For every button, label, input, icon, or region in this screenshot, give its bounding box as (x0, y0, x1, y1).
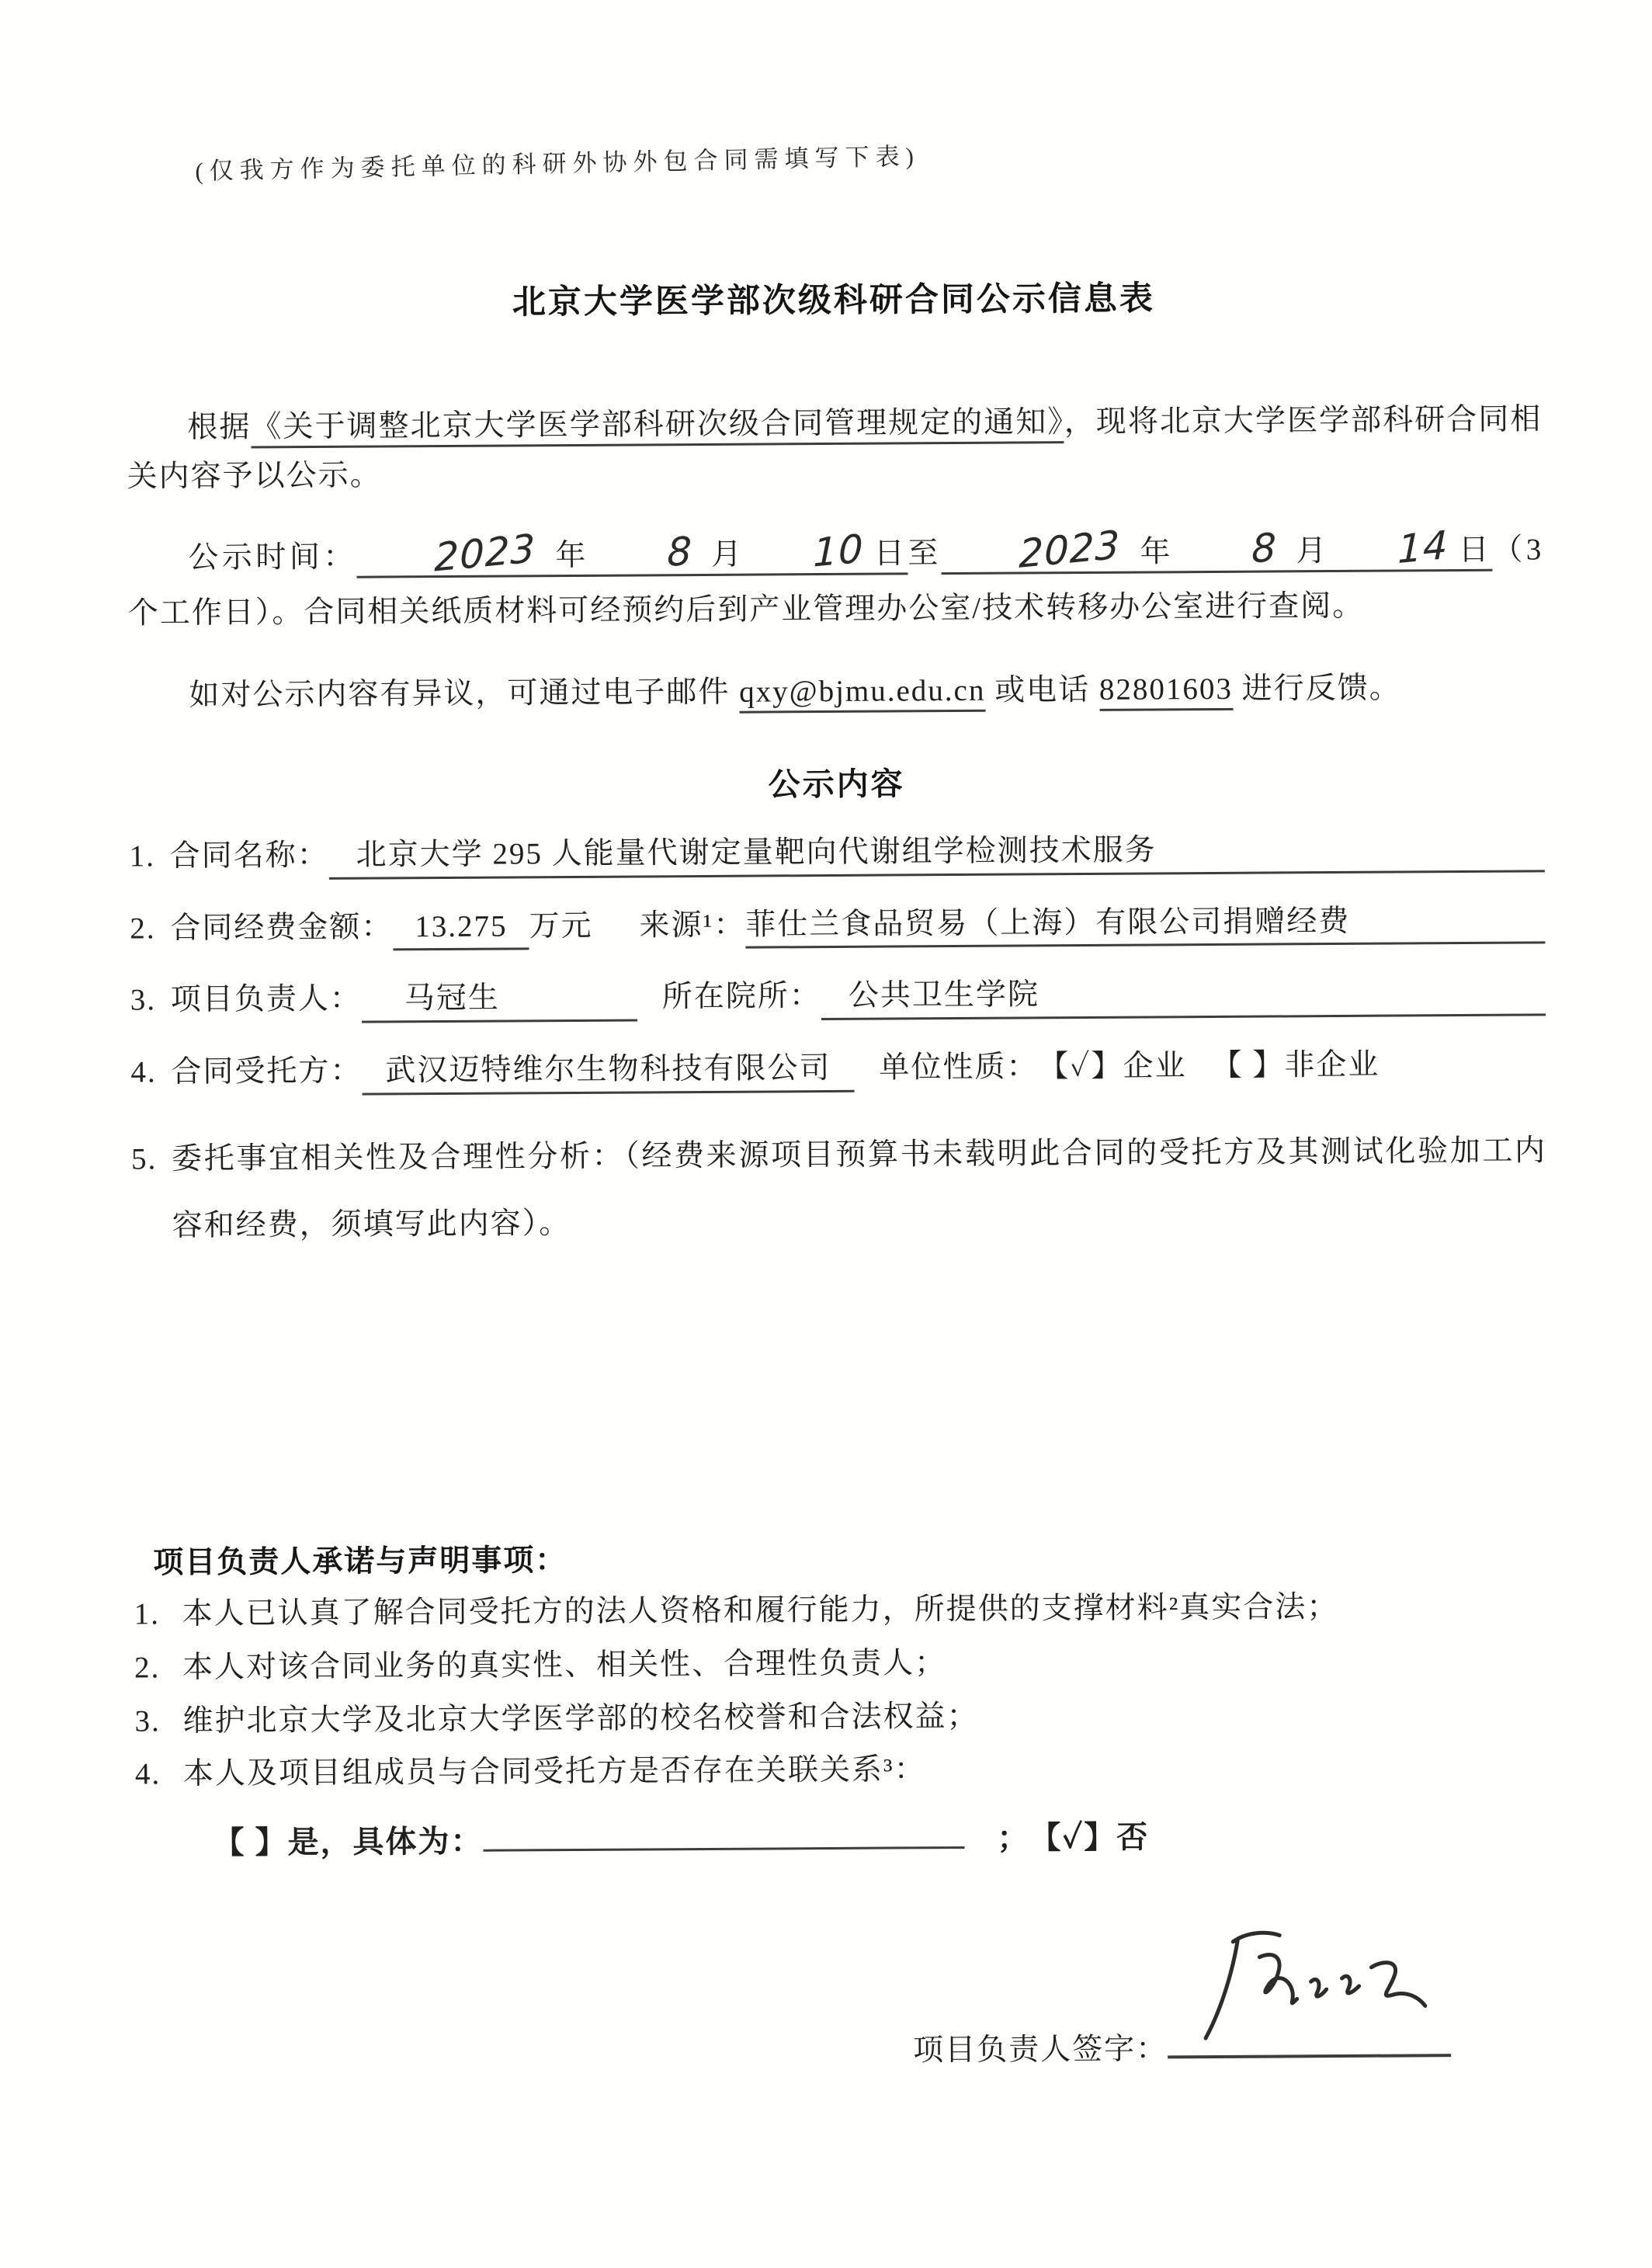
handwritten-signature-scribble (1188, 1920, 1445, 2054)
signature-line (1168, 2016, 1451, 2058)
document-content: (仅我方作为委托单位的科研外协外包合同需填写下表) 北京大学医学部次级科研合同公… (0, 0, 1652, 2075)
enterprise-checkbox-checked: 【✓】 (1038, 1048, 1123, 1086)
contract-name-value: 北京大学 295 人能量代谢定量靶向代谢组学检测技术服务 (329, 829, 1545, 879)
item-number: 1. (130, 838, 170, 876)
contractor-value: 武汉迈特维尔生物科技有限公司 (362, 1050, 854, 1096)
declaration-text: 维护北京大学及北京大学医学部的校名校誉和合法权益； (182, 1697, 978, 1742)
item-number: 1. (134, 1595, 182, 1636)
contractor-label: 合同受托方： (171, 1053, 362, 1092)
content-list: 1. 合同名称： 北京大学 295 人能量代谢定量靶向代谢组学检测技术服务 2.… (130, 829, 1547, 1259)
funding-source-value: 菲仕兰食品贸易（上海）有限公司捐赠经费 (745, 901, 1545, 949)
intro-lead: 根据 (187, 411, 251, 445)
feedback-before: 如对公示内容有异议，可通过电子邮件 (189, 675, 739, 711)
contract-name-label: 合同名称： (170, 837, 329, 876)
department-value: 公共卫生学院 (821, 974, 1546, 1020)
handwritten-end-year: 2023 (942, 524, 1138, 582)
declaration-item-1: 1. 本人已认真了解合同受托方的法人资格和履行能力，所提供的支撑材料²真实合法； (134, 1586, 1550, 1636)
handwritten-end-month: 8 (1174, 526, 1294, 577)
relation-detail-blank-field (483, 1811, 964, 1852)
handwritten-start-year: 2023 (357, 527, 554, 585)
content-item-contract-name: 1. 合同名称： 北京大学 295 人能量代谢定量靶向代谢组学检测技术服务 (130, 829, 1545, 880)
item-number: 2. (134, 1648, 182, 1689)
content-item-pi: 3. 项目负责人： 马冠生 所在院所： 公共卫生学院 (130, 974, 1546, 1025)
non-enterprise-label: 非企业 (1284, 1047, 1380, 1085)
year-unit: 年 (554, 539, 589, 572)
month-unit: 月 (710, 538, 745, 571)
pi-name-value: 马冠生 (362, 979, 637, 1023)
declaration-text: 本人已认真了解合同受托方的法人资格和履行能力，所提供的支撑材料²真实合法； (182, 1587, 1339, 1635)
item-number: 4. (130, 1054, 171, 1092)
period-label: 公示时间： (188, 540, 357, 575)
period-to: 至 (908, 537, 942, 570)
non-enterprise-checkbox-empty: 【 】 (1211, 1047, 1284, 1085)
feedback-phone: 82801603 (1099, 672, 1233, 711)
intro-paragraph: 根据《关于调整北京大学医学部科研次级合同管理规定的通知》，现将北京大学医学部科研… (127, 394, 1543, 501)
feedback-after: 进行反馈。 (1233, 671, 1401, 705)
pi-label: 项目负责人： (171, 981, 362, 1019)
content-section-heading: 公示内容 (129, 754, 1544, 808)
feedback-paragraph: 如对公示内容有异议，可通过电子邮件 qxy@bjmu.edu.cn 或电话 82… (128, 662, 1543, 720)
analysis-label: 委托事宜相关性及合理性分析： (172, 1140, 624, 1176)
relation-separator: ； (997, 1813, 1029, 1857)
item-number: 3. (134, 1701, 182, 1742)
notice-title-underlined: 《关于调整北京大学医学部科研次级合同管理规定的通知》 (251, 405, 1064, 448)
no-label: 否 (1116, 1813, 1149, 1857)
declaration-text: 本人及项目组成员与合同受托方是否存在关联关系³： (183, 1750, 926, 1795)
funding-source-label: 来源¹： (639, 906, 745, 945)
declaration-item-3: 3. 维护北京大学及北京大学医学部的校名校誉和合法权益； (134, 1693, 1550, 1742)
day-unit: 日 (1456, 533, 1492, 567)
feedback-between: 或电话 (985, 673, 1099, 707)
yes-label: 是，具体为： (287, 1817, 483, 1863)
declaration-text: 本人对该合同业务的真实性、相关性、合理性负责人； (182, 1643, 946, 1689)
contract-amount-label: 合同经费金额： (170, 908, 393, 948)
day-unit: 日 (872, 537, 908, 571)
month-unit: 月 (1294, 534, 1330, 568)
declaration-item-4: 4. 本人及项目组成员与合同受托方是否存在关联关系³： (135, 1746, 1550, 1796)
no-checkbox-checked: 【✓】 (1029, 1813, 1116, 1858)
period-start-field: 2023年8月10日 (357, 537, 908, 578)
declaration-item-2: 2. 本人对该合同业务的真实性、相关性、合理性负责人； (134, 1639, 1550, 1689)
top-note: (仅我方作为委托单位的科研外协外包合同需填写下表) (195, 123, 1541, 186)
document-title: 北京大学医学部次级科研合同公示信息表 (126, 269, 1541, 325)
item-number: 5. (131, 1141, 172, 1179)
item-number: 2. (130, 910, 170, 948)
content-item-analysis: 5. 委托事宜相关性及合理性分析：（经费来源项目预算书未载明此合同的受托方及其测… (131, 1117, 1547, 1259)
item-number: 4. (135, 1755, 183, 1796)
period-end-field: 2023年8月14日 (942, 533, 1493, 575)
content-item-contract-amount: 2. 合同经费金额： 13.275 万元 来源¹： 菲仕兰食品贸易（上海）有限公… (130, 901, 1545, 953)
handwritten-end-day: 14 (1330, 525, 1456, 576)
scanned-document-page: (仅我方作为委托单位的科研外协外包合同需填写下表) 北京大学医学部次级科研合同公… (0, 0, 1652, 2268)
handwritten-start-month: 8 (589, 530, 710, 580)
department-label: 所在院所： (662, 978, 821, 1016)
declaration-heading: 项目负责人承诺与声明事项： (153, 1530, 1549, 1582)
feedback-email: qxy@bjmu.edu.cn (739, 673, 986, 713)
declaration-list: 1. 本人已认真了解合同受托方的法人资格和履行能力，所提供的支撑材料²真实合法；… (134, 1586, 1551, 1796)
contract-amount-value: 13.275 (393, 908, 529, 951)
relation-answer-line: 【 】 是，具体为： ； 【✓】 否 (213, 1807, 1550, 1863)
analysis-text: 委托事宜相关性及合理性分析：（经费来源项目预算书未载明此合同的受托方及其测试化验… (172, 1117, 1547, 1259)
year-unit: 年 (1138, 536, 1174, 569)
yes-checkbox-empty: 【 】 (213, 1818, 287, 1863)
enterprise-label: 企业 (1123, 1047, 1186, 1085)
item-number: 3. (130, 982, 171, 1020)
entity-nature-label: 单位性质： (879, 1048, 1038, 1087)
handwritten-start-day: 10 (745, 529, 872, 580)
content-item-contractor: 4. 合同受托方： 武汉迈特维尔生物科技有限公司 单位性质： 【✓】 企业 【 … (130, 1046, 1546, 1097)
publicity-period-paragraph: 公示时间：2023年8月10日至2023年8月14日（3 个工作日）。合同相关纸… (127, 523, 1543, 641)
signature-row: 项目负责人签字： (137, 2016, 1552, 2074)
signature-label: 项目负责人签字： (913, 2024, 1168, 2069)
amount-unit: 万元 (529, 907, 592, 945)
